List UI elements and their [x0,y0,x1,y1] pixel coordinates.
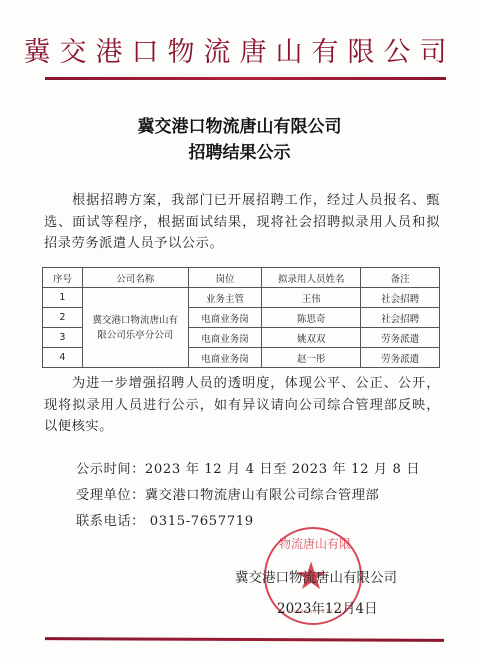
publicity-period: 公示时间：2023 年 12 月 4 日至 2023 年 12 月 8 日 [76,458,420,477]
cell-note: 社会招聘 [361,308,440,328]
table-row: 1 冀交港口物流唐山有限公司乐亭分公司 业务主管 王伟 社会招聘 [43,288,440,308]
header-name: 拟录用人员姓名 [262,268,361,288]
table-header-row: 序号 公司名称 岗位 拟录用人员姓名 备注 [43,268,440,288]
header-position: 岗位 [188,268,262,288]
closing-paragraph: 为进一步增强招聘人员的透明度，体现公平、公正、公开，现将拟录用人员进行公示，如有… [44,373,440,438]
cell-note: 劳务派遣 [361,328,440,348]
cell-position: 电商业务岗 [188,328,262,348]
cell-position: 电商业务岗 [188,348,262,368]
cell-note: 劳务派遣 [361,348,440,368]
letterhead-company-name: 冀交港口物流唐山有限公司 [0,30,479,69]
seal-text: 物流唐山有限 [276,535,354,552]
cell-company: 冀交港口物流唐山有限公司乐亭分公司 [82,288,188,368]
cell-name: 姚双双 [262,328,361,348]
document-title-company: 冀交港口物流唐山有限公司 [0,112,479,137]
contact-phone: 联系电话： 0315-7657719 [76,510,254,529]
header-no: 序号 [43,268,83,288]
cell-position: 电商业务岗 [188,308,262,328]
cell-no: 3 [43,328,83,348]
cell-name: 陈思奇 [262,308,361,328]
cell-no: 2 [43,308,83,328]
cell-name: 赵一彤 [262,348,361,368]
cell-note: 社会招聘 [361,288,440,308]
cell-no: 1 [43,288,83,308]
intro-paragraph: 根据招聘方案，我部门已开展招聘工作，经过人员报名、甄选、面试等程序，根据面试结果… [44,190,440,255]
document-title: 招聘结果公示 [0,138,479,163]
header-company: 公司名称 [82,268,188,288]
footer-divider [45,637,444,642]
cell-name: 王伟 [262,288,361,308]
signature-company: 冀交港口物流唐山有限公司 [235,566,397,586]
letterhead-divider [45,77,446,80]
handling-unit: 受理单位：冀交港口物流唐山有限公司综合管理部 [76,484,379,503]
cell-no: 4 [43,348,83,368]
header-note: 备注 [361,268,440,288]
signature-date: 2023年12月4日 [277,597,378,617]
cell-position: 业务主管 [188,288,262,308]
recruitment-results-table: 序号 公司名称 岗位 拟录用人员姓名 备注 1 冀交港口物流唐山有限公司乐亭分公… [42,267,440,368]
